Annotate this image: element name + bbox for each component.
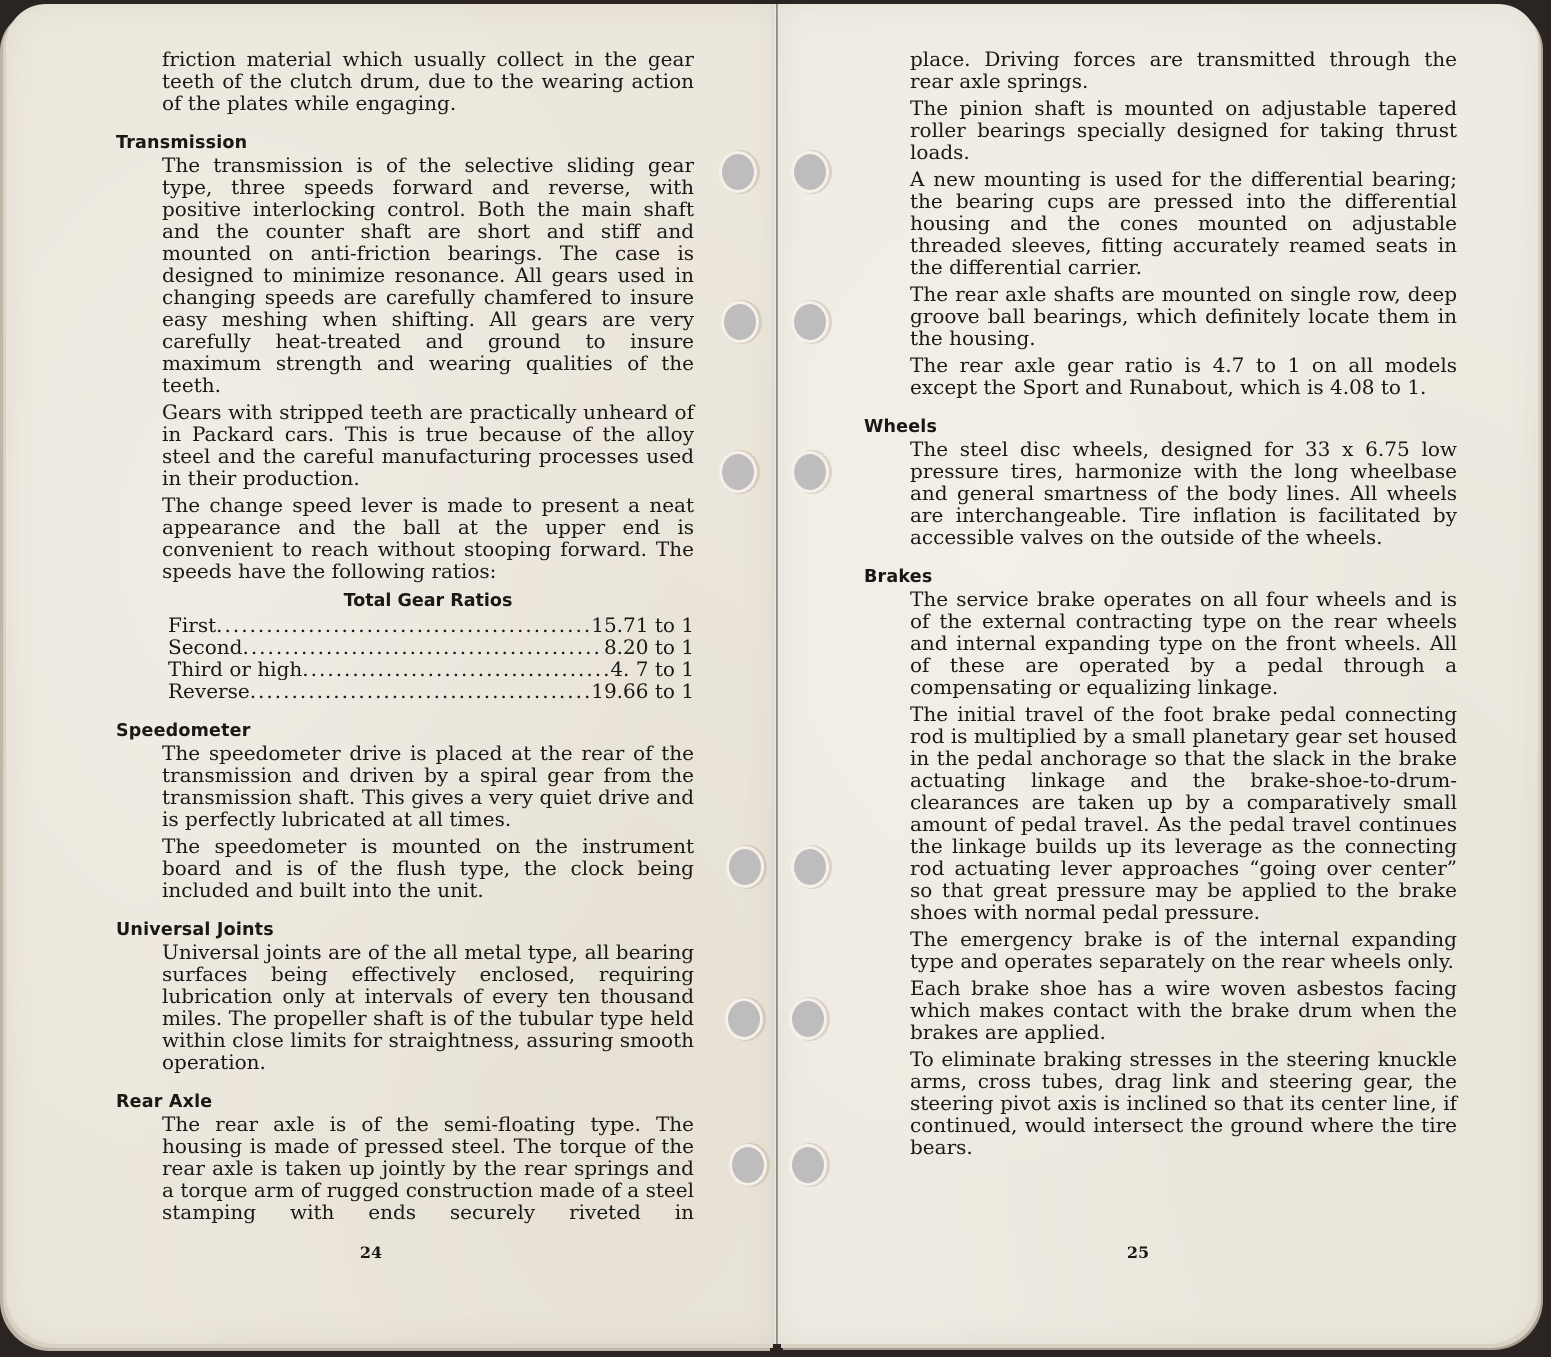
section-heading: Universal Joints [116,919,694,941]
ratio-value: 4. 7 to 1 [610,658,694,680]
section-heading: Wheels [864,416,1457,438]
ratio-label: First [168,614,216,636]
ratio-row: Reverse 19.66 to 1 [116,680,694,702]
open-booklet-spread: friction material which usually collect … [6,4,1538,1352]
leader-dots [242,636,603,658]
ratio-value: 15.71 to 1 [591,614,694,636]
paragraph: The rear axle is of the semi-floating ty… [116,1113,694,1223]
paragraph: The speedometer drive is placed at the r… [116,742,694,830]
page-25: place. Driving forces are transmitted th… [778,4,1538,1344]
paragraph: To eliminate braking stresses in the ste… [864,1048,1457,1158]
paragraph: The initial travel of the foot brake ped… [864,703,1457,923]
ratio-label: Second [168,636,242,658]
section-heading: Transmission [116,132,694,154]
paragraph: The pinion shaft is mounted on adjustabl… [864,97,1457,163]
section-heading: Rear Axle [116,1091,694,1113]
section-universal-joints: Universal Joints Universal joints are of… [116,919,694,1073]
ratio-value: 19.66 to 1 [591,680,694,702]
punch-hole-icon [728,1001,760,1037]
page-number: 24 [0,1243,756,1262]
paragraph: The service brake operates on all four w… [864,588,1457,698]
continuation-paragraph: friction material which usually collect … [116,48,694,114]
section-speedometer: Speedometer The speedometer drive is pla… [116,720,694,901]
section-brakes: Brakes The service brake operates on all… [864,566,1457,1158]
ratio-label: Reverse [168,680,250,702]
page-25-content: place. Driving forces are transmitted th… [864,48,1457,1163]
page-24: friction material which usually collect … [6,4,776,1344]
punch-hole-icon [724,304,756,340]
ratio-row: First 15.71 to 1 [116,614,694,636]
ratio-table-title: Total Gear Ratios [116,590,694,612]
paragraph: The rear axle shafts are mounted on sing… [864,283,1457,349]
paragraph: A new mounting is used for the different… [864,168,1457,278]
paragraph: Universal joints are of the all metal ty… [116,941,694,1073]
leader-dots [250,680,592,702]
leader-dots [216,614,591,636]
punch-hole-icon [722,454,754,490]
paragraph: Gears with stripped teeth are practicall… [116,401,694,489]
page-number: 25 [758,1243,1518,1262]
ratio-label: Third or high [168,658,302,680]
punch-hole-icon [732,1147,764,1183]
ratio-value: 8.20 to 1 [604,636,694,658]
paragraph: place. Driving forces are transmitted th… [864,48,1457,92]
paragraph: The emergency brake is of the internal e… [864,928,1457,972]
punch-hole-icon [794,454,826,490]
leader-dots [302,658,610,680]
punch-hole-icon [794,849,826,885]
paragraph: The change speed lever is made to presen… [116,494,694,582]
punch-hole-icon [792,1147,824,1183]
ratio-row: Third or high 4. 7 to 1 [116,658,694,680]
punch-hole-icon [729,849,761,885]
ratio-row: Second 8.20 to 1 [116,636,694,658]
paragraph: The speedometer is mounted on the instru… [116,835,694,901]
section-transmission: Transmission The transmission is of the … [116,132,694,702]
page-24-content: friction material which usually collect … [116,48,694,1228]
punch-hole-icon [792,1001,824,1037]
gear-ratio-table: Total Gear Ratios First 15.71 to 1 Secon… [116,590,694,702]
paragraph: The steel disc wheels, designed for 33 x… [864,438,1457,548]
punch-hole-icon [722,154,754,190]
section-wheels: Wheels The steel disc wheels, designed f… [864,416,1457,548]
section-heading: Speedometer [116,720,694,742]
punch-hole-icon [794,304,826,340]
punch-hole-icon [794,154,826,190]
section-rear-axle: Rear Axle The rear axle is of the semi-f… [116,1091,694,1223]
paragraph: The transmission is of the selective sli… [116,154,694,396]
section-heading: Brakes [864,566,1457,588]
paragraph: Each brake shoe has a wire woven asbesto… [864,977,1457,1043]
paragraph: The rear axle gear ratio is 4.7 to 1 on … [864,354,1457,398]
